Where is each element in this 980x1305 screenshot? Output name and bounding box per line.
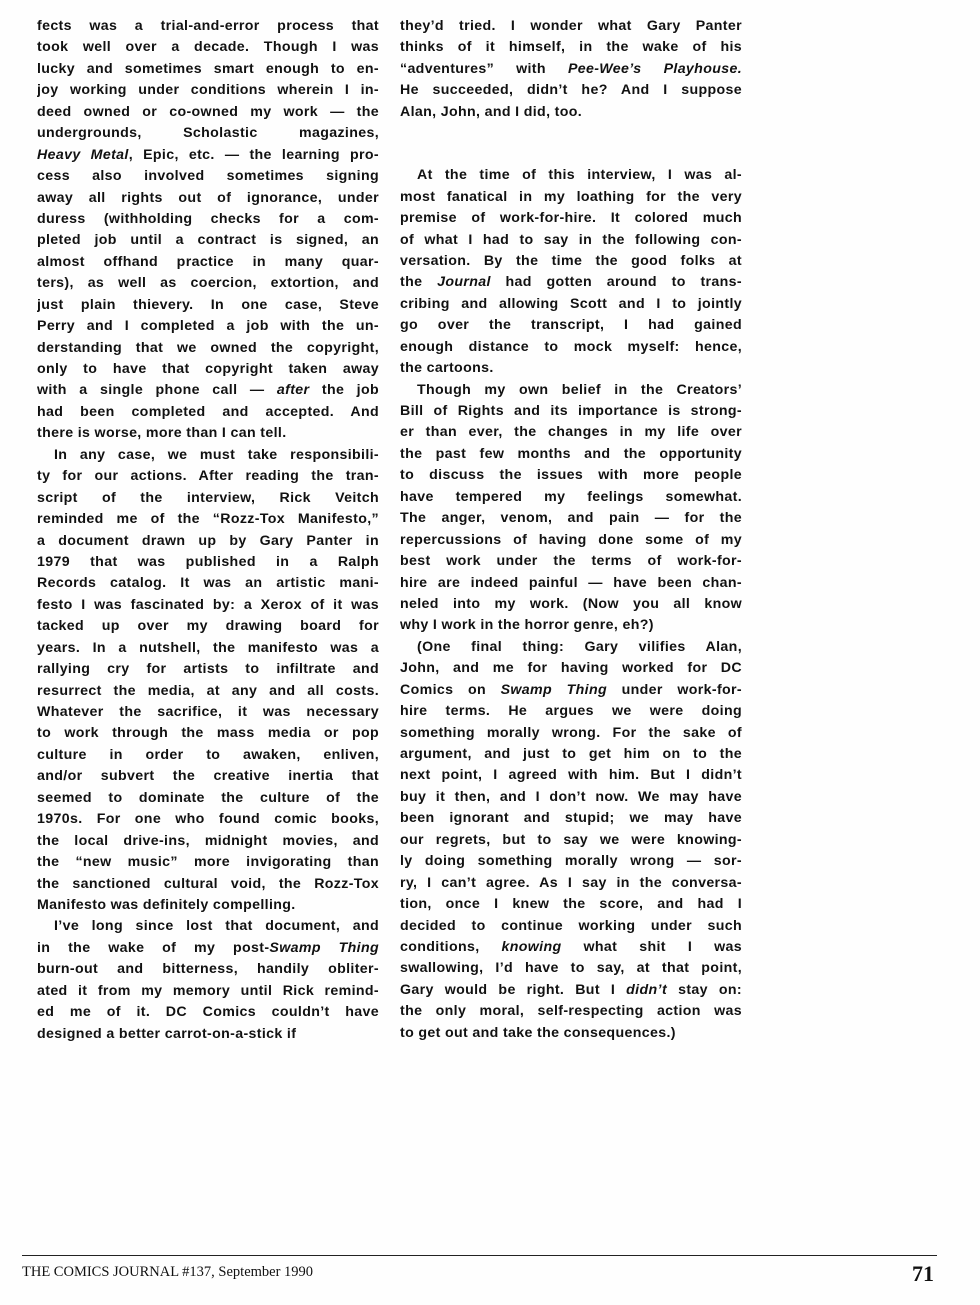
text-line: something morally wrong. For the sake of <box>400 723 742 744</box>
text-line: er than ever, the changes in my life ove… <box>400 422 742 443</box>
right-text-column: they’d tried. I wonder what Gary Pantert… <box>400 16 742 1044</box>
text-line: culture in order to awaken, enliven, <box>37 745 379 766</box>
text-line: years. In a nutshell, the manifesto was … <box>37 638 379 659</box>
text-line: just plain thievery. In one case, Steve <box>37 295 379 316</box>
text-line: tion, once I knew the score, and had I <box>400 894 742 915</box>
text-line: argument, and just to get him on to the <box>400 744 742 765</box>
text-line: swallowing, I’d have to say, at that poi… <box>400 958 742 979</box>
text-line: ty for our actions. After reading the tr… <box>37 466 379 487</box>
text-line: enough distance to mock myself: hence, <box>400 337 742 358</box>
text-line: a document drawn up by Gary Panter in <box>37 531 379 552</box>
text-line: fects was a trial-and-error process that <box>37 16 379 37</box>
text-line: 1979 that was published in a Ralph <box>37 552 379 573</box>
text-line: most fanatical in my loathing for the ve… <box>400 187 742 208</box>
text-line: Heavy Metal, Epic, etc. — the learning p… <box>37 145 379 166</box>
text-line: of what I had to say in the following co… <box>400 230 742 251</box>
text-line: premise of work-for-hire. It colored muc… <box>400 208 742 229</box>
text-line: have tempered my feelings somewhat. <box>400 487 742 508</box>
magazine-page: fects was a trial-and-error process that… <box>0 0 980 1305</box>
text-line: festo I was fascinated by: a Xerox of it… <box>37 595 379 616</box>
text-line: versation. By the time the good folks at <box>400 251 742 272</box>
text-line: deed owned or co-owned my work — the <box>37 102 379 123</box>
text-line: conditions, knowing what shit I was <box>400 937 742 958</box>
text-line: undergrounds, Scholastic magazines, <box>37 123 379 144</box>
text-line: and/or subvert the creative inertia that <box>37 766 379 787</box>
text-line: Records catalog. It was an artistic mani… <box>37 573 379 594</box>
page-number: 71 <box>912 1261 934 1287</box>
text-line: reminded me of the “Rozz-Tox Manifesto,” <box>37 509 379 530</box>
text-line: ated it from my memory until Rick remind… <box>37 981 379 1002</box>
text-line: joy working under conditions wherein I i… <box>37 80 379 101</box>
paragraph-gap <box>400 123 742 165</box>
text-line: had been completed and accepted. And <box>37 402 379 423</box>
text-line: why I work in the horror genre, eh?) <box>400 615 742 636</box>
text-line: decided to continue working under such <box>400 916 742 937</box>
text-line: took well over a decade. Though I was <box>37 37 379 58</box>
text-line: ed me of it. DC Comics couldn’t have <box>37 1002 379 1023</box>
text-line: I’ve long since lost that document, and <box>37 916 379 937</box>
text-line: thinks of it himself, in the wake of his <box>400 37 742 58</box>
text-line: pleted job until a contract is signed, a… <box>37 230 379 251</box>
text-line: away all rights out of ignorance, under <box>37 188 379 209</box>
text-line: the past few months and the opportunity <box>400 444 742 465</box>
text-line: Though my own belief in the Creators’ <box>400 380 742 401</box>
text-line: ly doing something morally wrong — sor- <box>400 851 742 872</box>
text-line: duress (withholding checks for a com- <box>37 209 379 230</box>
text-line: buy it then, and I don’t now. We may hav… <box>400 787 742 808</box>
text-line: been ignorant and stupid; we may have <box>400 808 742 829</box>
text-line: tacked up over my drawing board for <box>37 616 379 637</box>
text-line: with a single phone call — after the job <box>37 380 379 401</box>
text-line: ry, I can’t agree. As I say in the conve… <box>400 873 742 894</box>
text-line: Gary would be right. But I didn’t stay o… <box>400 980 742 1001</box>
text-line: ters), as well as coercion, extortion, a… <box>37 273 379 294</box>
text-line: rallying cry for artists to infiltrate a… <box>37 659 379 680</box>
text-line: best work under the terms of work-for- <box>400 551 742 572</box>
text-line: there is worse, more than I can tell. <box>37 423 379 444</box>
text-line: to discuss the issues with more people <box>400 465 742 486</box>
text-line: Perry and I completed a job with the un- <box>37 316 379 337</box>
text-line: Alan, John, and I did, too. <box>400 102 742 123</box>
text-line: almost offhand practice in many quar- <box>37 252 379 273</box>
text-line: the cartoons. <box>400 358 742 379</box>
footer-rule <box>22 1255 937 1256</box>
text-line: Whatever the sacrifice, it was necessary <box>37 702 379 723</box>
text-line: (One final thing: Gary vilifies Alan, <box>400 637 742 658</box>
text-line: the sanctioned cultural void, the Rozz-T… <box>37 874 379 895</box>
text-line: in the wake of my post-Swamp Thing <box>37 938 379 959</box>
text-line: lucky and sometimes smart enough to en- <box>37 59 379 80</box>
text-line: go over the transcript, I had gained <box>400 315 742 336</box>
text-line: “adventures” with Pee-Wee’s Playhouse. <box>400 59 742 80</box>
text-line: hire are indeed painful — have been chan… <box>400 573 742 594</box>
text-line: the local drive-ins, midnight movies, an… <box>37 831 379 852</box>
text-line: cribing and allowing Scott and I to join… <box>400 294 742 315</box>
text-line: only to have that copyright taken away <box>37 359 379 380</box>
text-line: designed a better carrot-on-a-stick if <box>37 1024 379 1045</box>
text-line: the only moral, self-respecting action w… <box>400 1001 742 1022</box>
text-line: our regrets, but to say we were knowing- <box>400 830 742 851</box>
text-line: Bill of Rights and its importance is str… <box>400 401 742 422</box>
text-line: repercussions of having done some of my <box>400 530 742 551</box>
text-line: seemed to dominate the culture of the <box>37 788 379 809</box>
left-text-column: fects was a trial-and-error process that… <box>37 16 379 1045</box>
publication-footer: THE COMICS JOURNAL #137, September 1990 <box>22 1264 313 1281</box>
text-line: He succeeded, didn’t he? And I suppose <box>400 80 742 101</box>
text-line: Comics on Swamp Thing under work-for- <box>400 680 742 701</box>
text-line: resurrect the media, at any and all cost… <box>37 681 379 702</box>
text-line: the Journal had gotten around to trans- <box>400 272 742 293</box>
text-line: neled into my work. (Now you all know <box>400 594 742 615</box>
text-line: Manifesto was definitely compelling. <box>37 895 379 916</box>
text-line: 1970s. For one who found comic books, <box>37 809 379 830</box>
text-line: The anger, venom, and pain — for the <box>400 508 742 529</box>
text-line: At the time of this interview, I was al- <box>400 165 742 186</box>
text-line: burn-out and bitterness, handily obliter… <box>37 959 379 980</box>
text-line: the “new music” more invigorating than <box>37 852 379 873</box>
text-line: cess also involved sometimes signing <box>37 166 379 187</box>
text-line: John, and me for having worked for DC <box>400 658 742 679</box>
text-line: script of the interview, Rick Veitch <box>37 488 379 509</box>
text-line: to get out and take the consequences.) <box>400 1023 742 1044</box>
text-line: hire terms. He argues we were doing <box>400 701 742 722</box>
text-line: derstanding that we owned the copyright, <box>37 338 379 359</box>
text-line: In any case, we must take responsibili- <box>37 445 379 466</box>
text-line: to work through the mass media or pop <box>37 723 379 744</box>
text-line: they’d tried. I wonder what Gary Panter <box>400 16 742 37</box>
text-line: next point, I agreed with him. But I did… <box>400 765 742 786</box>
